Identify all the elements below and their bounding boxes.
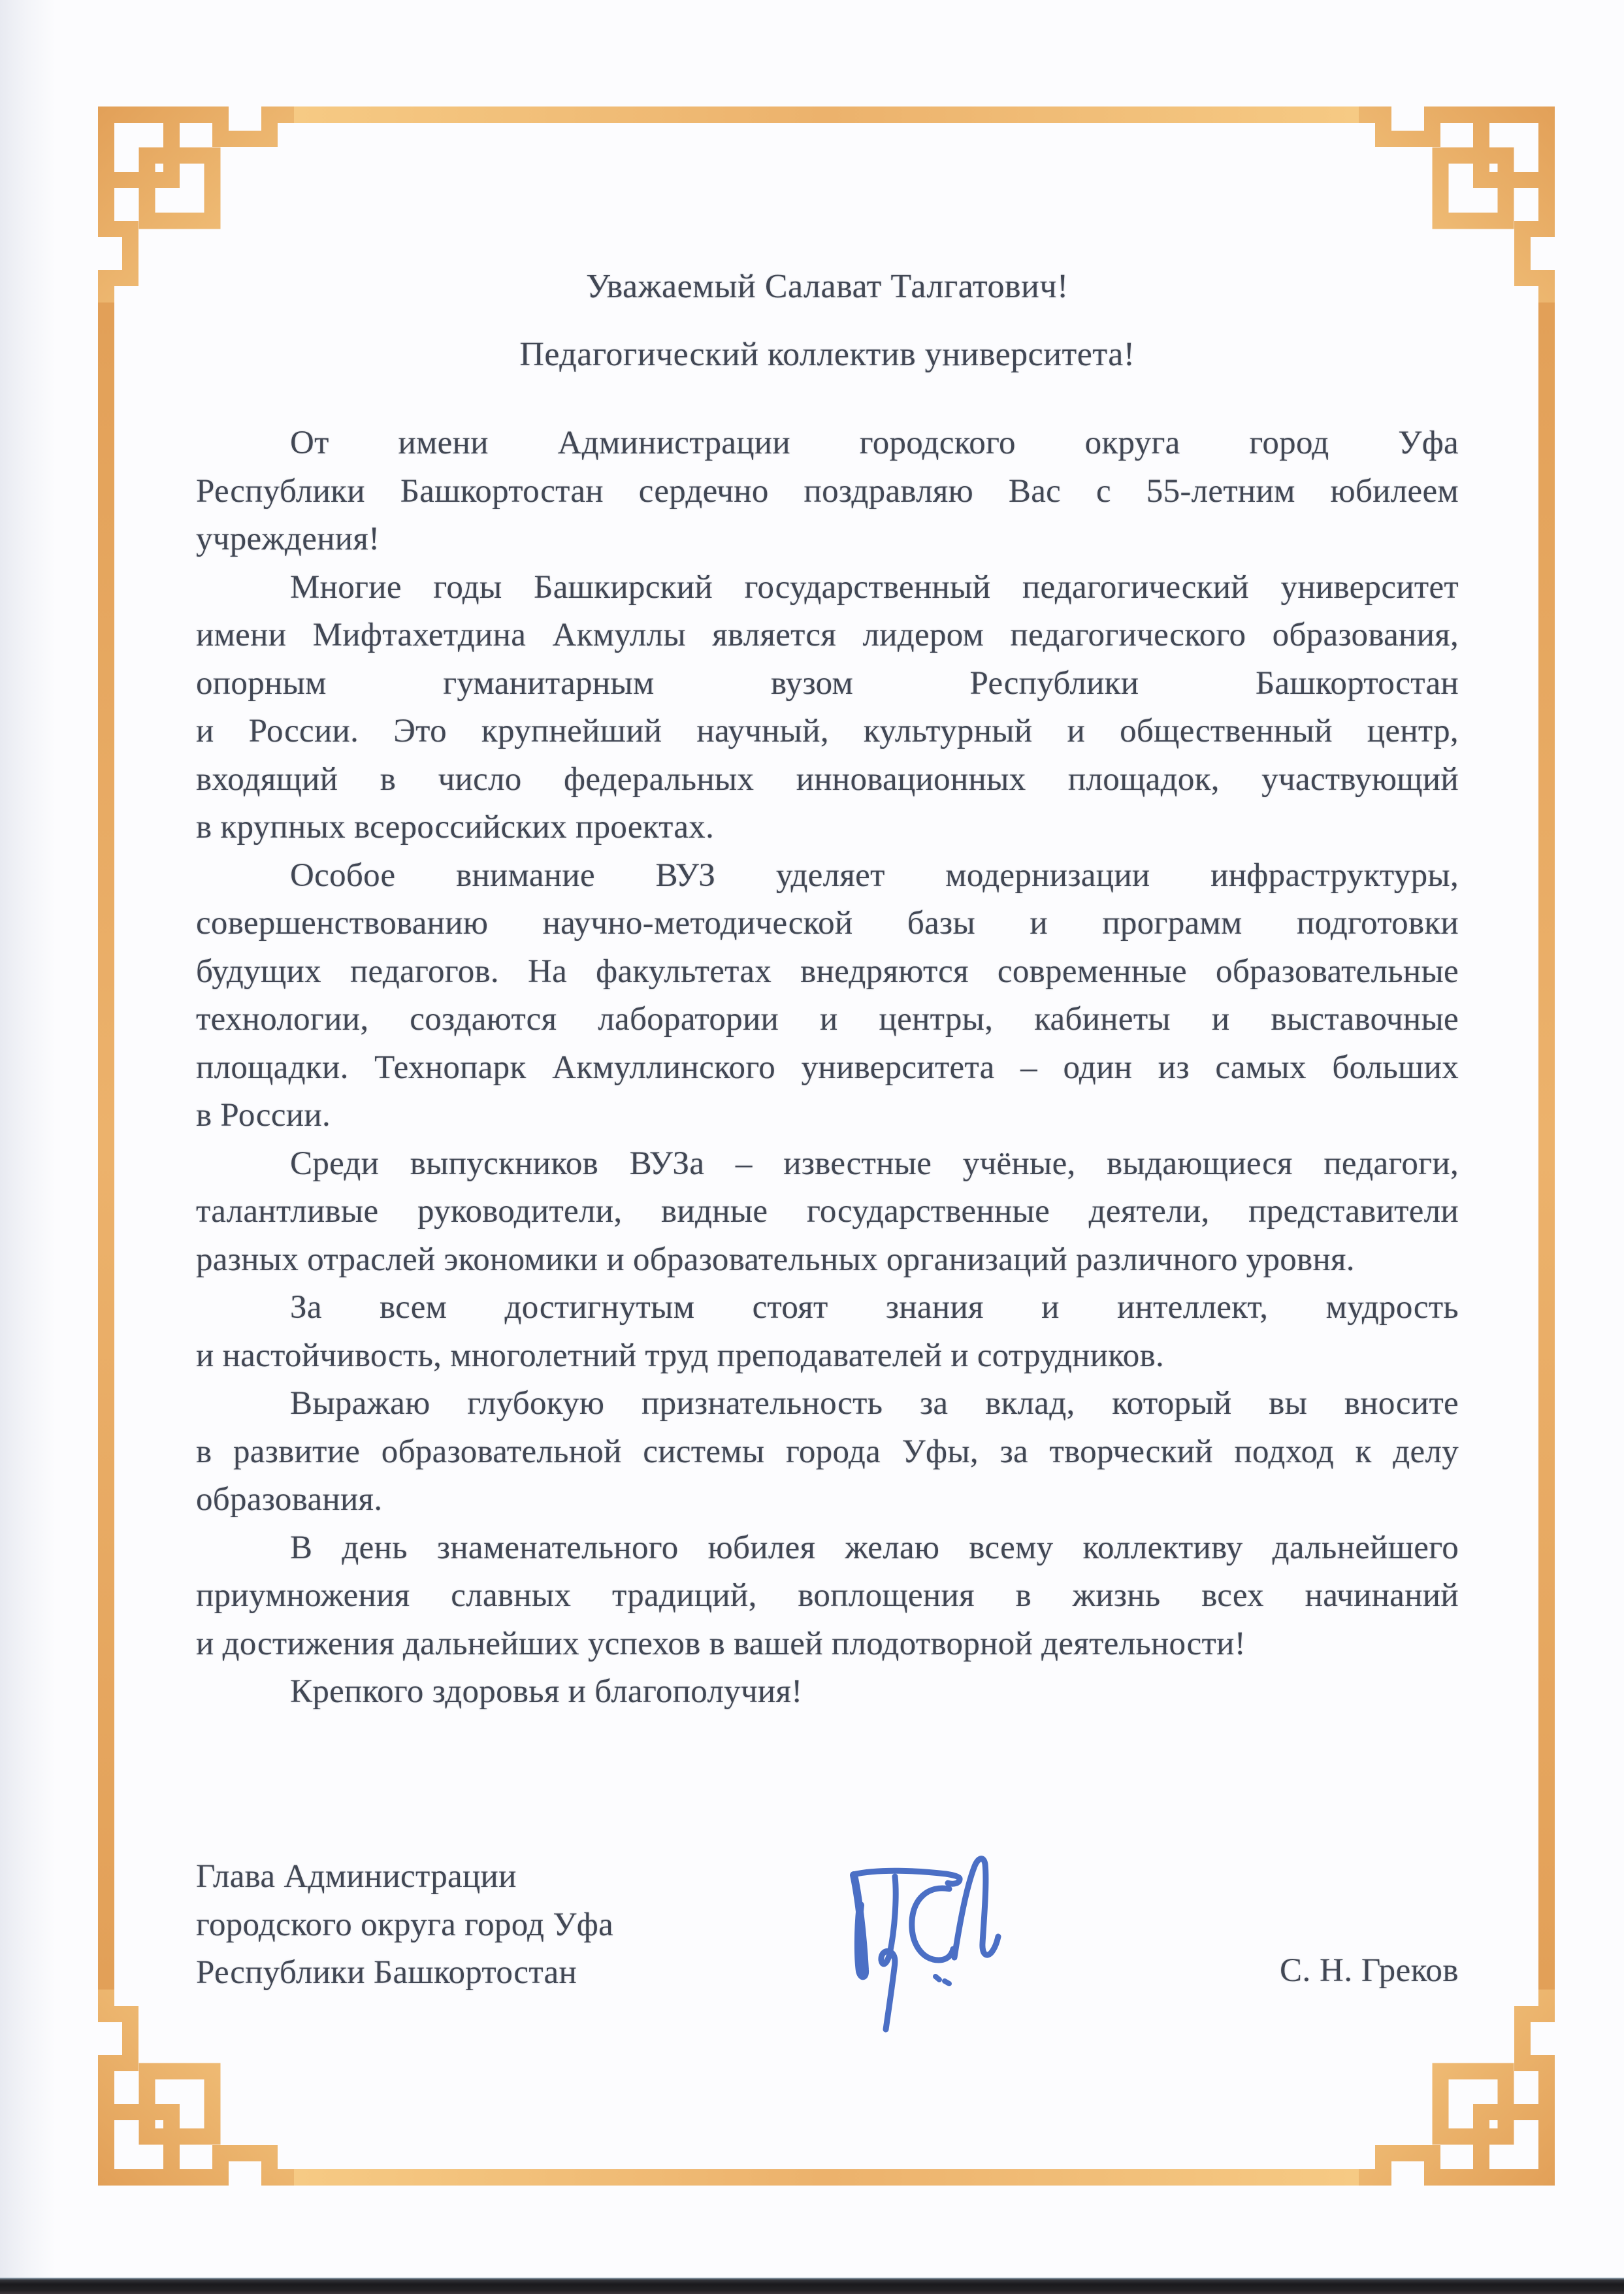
body-line: Особое внимание ВУЗ уделяет модернизации… <box>196 852 1459 900</box>
salutation-line-2: Педагогический коллектив университета! <box>196 321 1459 389</box>
salutation: Уважаемый Салават Талгатович! Педагогиче… <box>196 253 1459 389</box>
body-line: имени Мифтахетдина Акмуллы является лиде… <box>196 612 1459 660</box>
body-line: в России. <box>196 1092 1459 1140</box>
body-line: в развитие образовательной системы город… <box>196 1428 1459 1477</box>
scanned-letter-page: Уважаемый Салават Талгатович! Педагогиче… <box>0 0 1624 2294</box>
scan-edge-bottom <box>0 2278 1624 2294</box>
body-line: Многие годы Башкирский государственный п… <box>196 564 1459 612</box>
body-line: За всем достигнутым стоят знания и интел… <box>196 1284 1459 1332</box>
body-line: Крепкого здоровья и благополучия! <box>196 1668 1459 1716</box>
signatory-name: С. Н. Греков <box>196 1947 1459 1995</box>
letter-body: От имени Администрации городского округа… <box>196 419 1459 1716</box>
body-line: В день знаменательного юбилея желаю всем… <box>196 1524 1459 1573</box>
body-line: опорным гуманитарным вузом Республики Ба… <box>196 660 1459 708</box>
body-line: учреждения! <box>196 516 1459 564</box>
body-line: талантливые руководители, видные государ… <box>196 1188 1459 1236</box>
body-line: и России. Это крупнейший научный, культу… <box>196 708 1459 756</box>
body-line: площадки. Технопарк Акмуллинского универ… <box>196 1044 1459 1092</box>
signatory-title-line: Глава Администрации <box>196 1853 1459 1901</box>
body-line: технологии, создаются лаборатории и цент… <box>196 996 1459 1044</box>
body-line: образования. <box>196 1476 1459 1524</box>
salutation-line-1: Уважаемый Салават Талгатович! <box>196 253 1459 321</box>
body-line: Среди выпускников ВУЗа – известные учёны… <box>196 1140 1459 1188</box>
body-line: Республики Башкортостан сердечно поздрав… <box>196 468 1459 516</box>
body-line: и настойчивость, многолетний труд препод… <box>196 1332 1459 1381</box>
body-line: приумножения славных традиций, воплощени… <box>196 1572 1459 1620</box>
body-line: и достижения дальнейших успехов в вашей … <box>196 1620 1459 1669</box>
body-line: совершенствованию научно-методической ба… <box>196 900 1459 948</box>
body-line: Выражаю глубокую признательность за вкла… <box>196 1380 1459 1428</box>
signature-ink <box>843 1849 1013 2045</box>
body-line: будущих педагогов. На факультетах внедря… <box>196 948 1459 996</box>
body-line: разных отраслей экономики и образователь… <box>196 1236 1459 1285</box>
signatory-title-line: городского округа город Уфа <box>196 1901 1459 1950</box>
body-line: От имени Администрации городского округа… <box>196 419 1459 468</box>
body-line: входящий в число федеральных инновационн… <box>196 756 1459 804</box>
body-line: в крупных всероссийских проектах. <box>196 804 1459 852</box>
